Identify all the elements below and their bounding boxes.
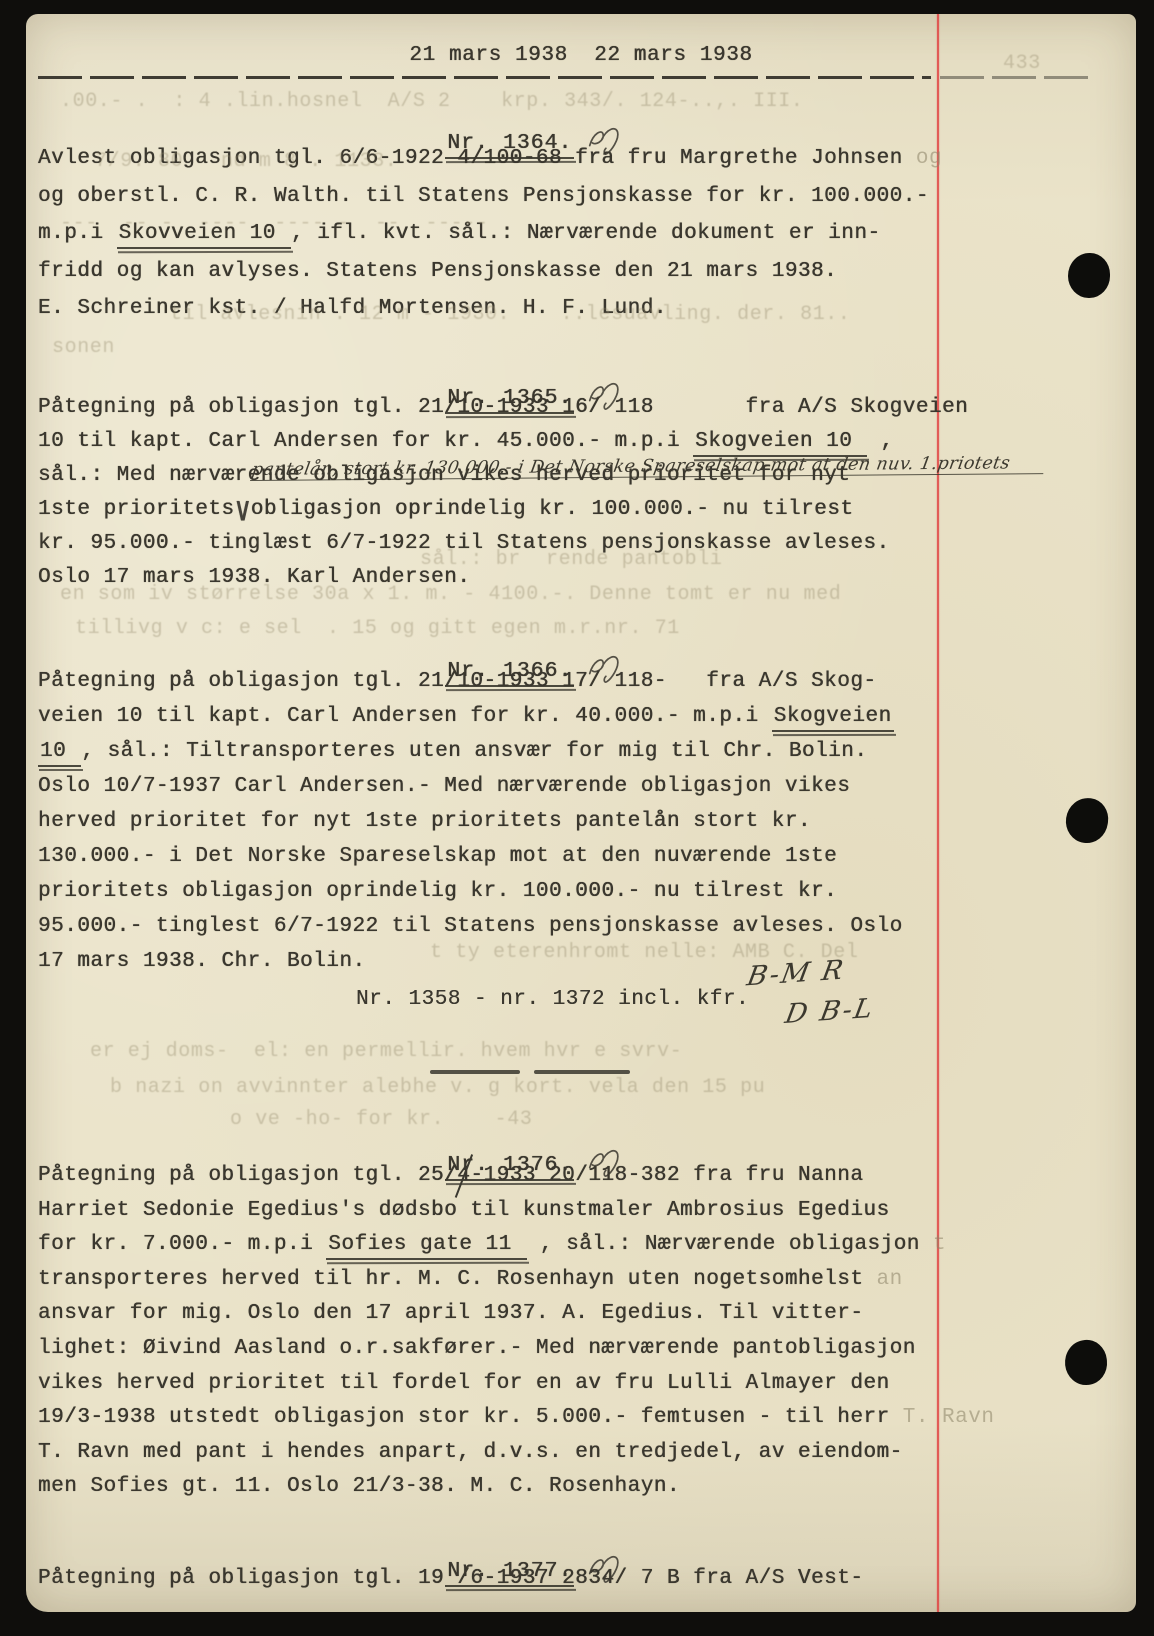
typed-text: for kr. 7.000.- m.p.i: [38, 1233, 326, 1256]
bleedthrough-fragment: b nazi on avvinnter alebhe v. g kort. ve…: [110, 1076, 765, 1099]
typed-text: og oberstl. C. R. Walth. til Statens Pen…: [38, 185, 929, 208]
typed-line: Påtegning på obligasjon tgl. 19 /6-1937 …: [38, 1561, 1118, 1596]
typed-text: obligasjon oprindelig kr. 100.000.- nu t…: [251, 498, 854, 521]
section-divider: [430, 1070, 630, 1074]
underlined-phrase: 10: [38, 740, 81, 767]
paper-sheet: 21 mars 1938 22 mars 1938 Nr. 1364. Avle…: [26, 14, 1136, 1612]
page-header-dates: 21 mars 1938 22 mars 1938: [38, 44, 1124, 67]
typed-text: Harriet Sedonie Egedius's dødsbo til kun…: [38, 1199, 890, 1222]
typed-line: Oslo 10/7-1937 Carl Andersen.- Med nærvæ…: [38, 769, 1118, 804]
bleedthrough-fragment: tillivg v c: e sel . 15 og gitt egen m.r…: [75, 617, 680, 640]
typed-line: T. Ravn med pant i hendes anpart, d.v.s.…: [38, 1436, 1118, 1471]
typed-text: men Sofies gt. 11. Oslo 21/3-38. M. C. R…: [38, 1475, 680, 1498]
typed-line: fridd og kan avlyses. Statens Pensjonska…: [38, 253, 1118, 291]
typed-text: , sål.: Tiltransporteres uten ansvær for…: [81, 740, 867, 763]
typed-line: 10 , sål.: Tiltransporteres uten ansvær …: [38, 734, 1118, 769]
typed-line: Harriet Sedonie Egedius's dødsbo til kun…: [38, 1194, 1118, 1229]
typed-line: 95.000.- tinglest 6/7-1922 til Statens p…: [38, 909, 1118, 944]
typed-text: Påtegning på obligasjon tgl. 21/10-1933 …: [38, 396, 968, 419]
typed-text: Påtegning på obligasjon tgl. 21/10-1933 …: [38, 670, 877, 693]
typed-text: 1ste prioritets: [38, 498, 235, 521]
typed-line: Påtegning på obligasjon tgl. 21/10-1933 …: [38, 391, 1118, 425]
bleedthrough-fragment: .00.- . : 4 .lin.hosnel A/S 2 krp. 343/.…: [60, 90, 804, 113]
underlined-phrase: Skogveien: [772, 705, 894, 732]
typed-line: herved prioritet for nyt 1ste prioritets…: [38, 804, 1118, 839]
typed-line: prioritets obligasjon oprindelig kr. 100…: [38, 874, 1118, 909]
typed-text: 17 mars 1938. Chr. Bolin.: [38, 950, 366, 973]
bleedthrough-fragment: 433: [1003, 52, 1041, 75]
typed-text: prioritets obligasjon oprindelig kr. 100…: [38, 880, 837, 903]
typed-text: Påtegning på obligasjon tgl. 19 /6-1937 …: [38, 1567, 863, 1590]
typed-text: Påtegning på obligasjon tgl. 25/: [38, 1164, 457, 1187]
bleedthrough-fragment: t ty eterenhromt nelle: AMB C. Del: [430, 941, 858, 964]
typed-text: 10 til kapt. Carl Andersen for kr. 45.00…: [38, 430, 693, 453]
bleedthrough-fragment: sonen: [52, 336, 115, 359]
typed-text: herved prioritet for nyt 1ste prioritets…: [38, 810, 811, 833]
bleedthrough-text: an: [863, 1268, 902, 1291]
typed-text: veien 10 til kapt. Carl Andersen for kr.…: [38, 705, 772, 728]
typed-text: , sål.: Nærværende obligasjon: [527, 1233, 920, 1256]
bleedthrough-fragment: til avlesnin . 12 m - 1930. ..lesuavling…: [170, 303, 851, 326]
typed-line: 1ste prioritets∨obligasjon oprindelig kr…: [38, 493, 1118, 527]
typed-text: ,: [867, 430, 893, 453]
bleedthrough-fragment: sål.: br rende pantobli: [420, 548, 722, 571]
handwritten-initials-bottom: D B-L: [783, 993, 877, 1030]
typed-line: vikes herved prioritet til fordel for en…: [38, 1367, 1118, 1402]
typed-text: 4: [457, 1159, 470, 1194]
typed-line: for kr. 7.000.- m.p.i Sofies gate 11 , s…: [38, 1228, 1118, 1263]
typed-line: og oberstl. C. R. Walth. til Statens Pen…: [38, 178, 1118, 216]
typed-line: 130.000.- i Det Norske Spareselskap mot …: [38, 839, 1118, 874]
header-underline-rule-right: [940, 76, 1090, 79]
typed-text: lighet: Øivind Aasland o.r.sakfører.- Me…: [38, 1337, 916, 1360]
underlined-phrase: Skogveien 10: [693, 430, 867, 457]
entry-1377-body: Påtegning på obligasjon tgl. 19 /6-1937 …: [38, 1561, 1118, 1596]
typed-line: men Sofies gt. 11. Oslo 21/3-38. M. C. R…: [38, 1470, 1118, 1505]
bleedthrough-text: t: [920, 1233, 946, 1256]
cross-reference-line: Nr. 1358 - nr. 1372 incl. kfr.: [356, 988, 749, 1011]
bleedthrough-fragment: --- -- - ---- ---- - -- -----: [60, 212, 488, 235]
entry-1366-body: Påtegning på obligasjon tgl. 21/10-1933 …: [38, 664, 1118, 979]
typed-line: lighet: Øivind Aasland o.r.sakfører.- Me…: [38, 1332, 1118, 1367]
underlined-phrase: Sofies gate 11: [326, 1233, 527, 1260]
typed-text: vikes herved prioritet til fordel for en…: [38, 1372, 890, 1395]
bleedthrough-fragment: en som iv størrelse 30a x 1. m. - 4100.-…: [60, 583, 841, 606]
typed-line: 19/3-1938 utstedt obligasjon stor kr. 5.…: [38, 1401, 1118, 1436]
typed-text: 95.000.- tinglest 6/7-1922 til Statens p…: [38, 915, 903, 938]
entry-1376-body: Påtegning på obligasjon tgl. 25/4-1933 2…: [38, 1159, 1118, 1505]
typed-line: veien 10 til kapt. Carl Andersen for kr.…: [38, 699, 1118, 734]
bleedthrough-fragment: o ve -ho- for kr. -43: [230, 1108, 532, 1131]
typed-text: T. Ravn med pant i hendes anpart, d.v.s.…: [38, 1441, 903, 1464]
scanned-page: { "header": { "dates": "21 mars 1938 22 …: [0, 0, 1154, 1636]
punch-hole: [1068, 253, 1110, 298]
typed-text: fridd og kan avlyses. Statens Pensjonska…: [38, 260, 837, 283]
cross-reference-text: Nr. 1358 - nr. 1372 incl. kfr.: [356, 988, 749, 1011]
bleedthrough-text: T. Ravn: [890, 1406, 995, 1429]
typed-text: ansvar for mig. Oslo den 17 april 1937. …: [38, 1302, 863, 1325]
bleedthrough-fragment: er ej doms- el: en permellir. hvem hvr e…: [90, 1040, 682, 1063]
header-underline-rule: [38, 76, 931, 79]
typed-line: Påtegning på obligasjon tgl. 21/10-1933 …: [38, 664, 1118, 699]
typed-text: 130.000.- i Det Norske Spareselskap mot …: [38, 845, 837, 868]
bleedthrough-fragment: 7/9. 80 nd m 8 . 1133.: [95, 150, 397, 173]
typed-text: -1933 20/118-382 fra fru Nanna: [470, 1164, 863, 1187]
typed-line: Påtegning på obligasjon tgl. 25/4-1933 2…: [38, 1159, 1118, 1194]
bleedthrough-text: og: [903, 147, 942, 170]
typed-text: Oslo 10/7-1937 Carl Andersen.- Med nærvæ…: [38, 775, 850, 798]
typed-line: ansvar for mig. Oslo den 17 april 1937. …: [38, 1297, 1118, 1332]
typed-text: 19/3-1938 utstedt obligasjon stor kr. 5.…: [38, 1406, 890, 1429]
typed-text: transporteres herved til hr. M. C. Rosen…: [38, 1268, 863, 1291]
typed-line: transporteres herved til hr. M. C. Rosen…: [38, 1263, 1118, 1298]
